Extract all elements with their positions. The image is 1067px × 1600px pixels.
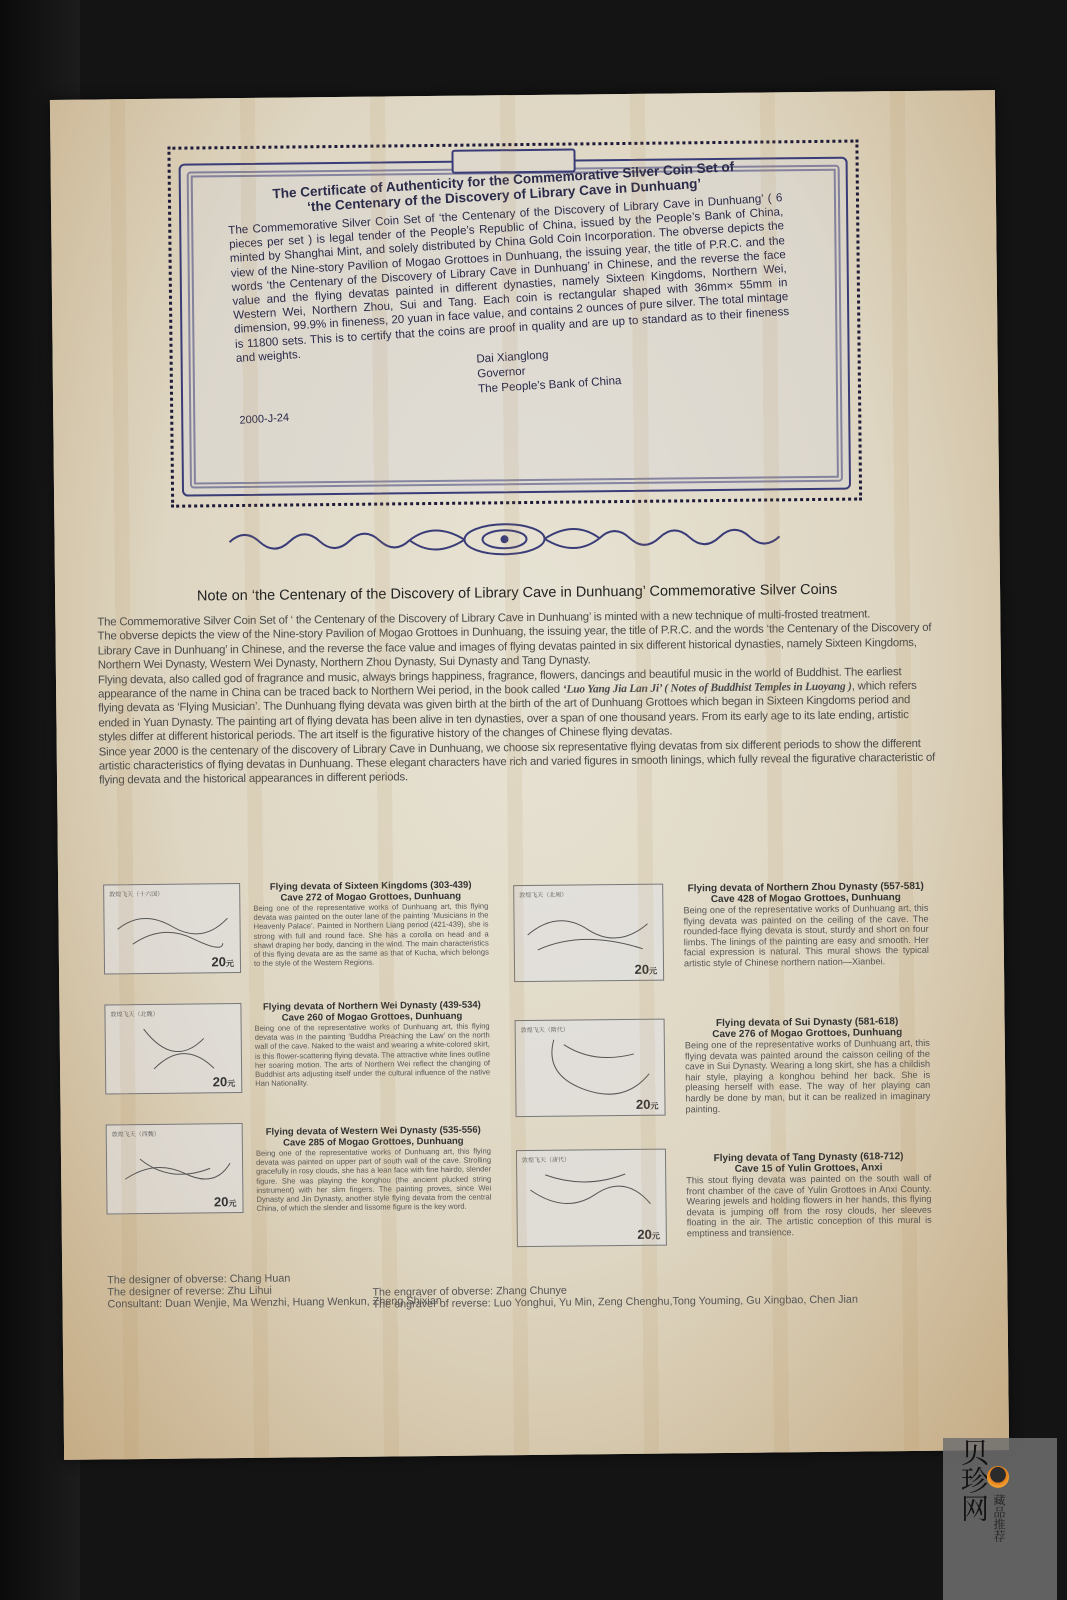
coin-caption-western-wei: Flying devata of Western Wei Dynasty (53… bbox=[256, 1125, 492, 1213]
note-paragraph-3: Flying devata, also called god of fragra… bbox=[98, 664, 939, 745]
coin-image-tang: 敦煌飞天（唐代） 20元 bbox=[516, 1149, 667, 1248]
coin-face-value: 20元 bbox=[214, 1194, 237, 1209]
coin-seal: 敦煌飞天（唐代） bbox=[522, 1155, 570, 1165]
flying-devata-icon bbox=[114, 1018, 235, 1079]
coin-seal: 敦煌飞天（隋代） bbox=[521, 1025, 569, 1035]
coin-caption-northern-zhou: Flying devata of Northern Zhou Dynasty (… bbox=[683, 881, 929, 969]
watermark-logo-icon bbox=[987, 1466, 1009, 1488]
coin-seal: 敦煌飞天（北周） bbox=[519, 890, 567, 900]
coin-description: Being one of the representative works of… bbox=[685, 1038, 931, 1115]
ornamental-divider-icon bbox=[224, 517, 784, 561]
coin-seal: 敦煌飞天（西魏） bbox=[112, 1129, 160, 1139]
coin-image-sui: 敦煌飞天（隋代） 20元 bbox=[515, 1019, 666, 1118]
watermark: 贝珍网 藏品推荐 bbox=[943, 1438, 1057, 1600]
flying-devata-icon bbox=[112, 898, 233, 959]
certificate-sheet: The Certificate of Authenticity for the … bbox=[50, 90, 1009, 1460]
book-title: ‘Luo Yang Jia Lan Ji’ ( Notes of Buddhis… bbox=[563, 681, 852, 696]
watermark-subtext: 藏品推荐 bbox=[991, 1494, 1007, 1542]
coin-image-northern-zhou: 敦煌飞天（北周） 20元 bbox=[513, 884, 664, 983]
coin-image-western-wei: 敦煌飞天（西魏） 20元 bbox=[106, 1123, 244, 1214]
coin-face-value: 20元 bbox=[213, 1074, 236, 1089]
coin-face-value: 20元 bbox=[634, 962, 657, 977]
flying-devata-icon bbox=[525, 1164, 656, 1230]
flying-devata-icon bbox=[522, 899, 653, 965]
coin-caption-tang: Flying devata of Tang Dynasty (618-712) … bbox=[686, 1151, 932, 1239]
coin-image-northern-wei: 敦煌飞天（北魏） 20元 bbox=[104, 1003, 242, 1094]
certificate-body: The Certificate of Authenticity for the … bbox=[226, 156, 794, 427]
coin-seal: 敦煌飞天（十六国） bbox=[109, 889, 163, 899]
note-paragraph-4: Since year 2000 is the centenary of the … bbox=[99, 736, 939, 788]
coin-description: Being one of the representative works of… bbox=[255, 1021, 491, 1088]
coin-caption-sui: Flying devata of Sui Dynasty (581-618) C… bbox=[685, 1016, 931, 1115]
certificate-frame: The Certificate of Authenticity for the … bbox=[167, 140, 862, 508]
coin-description: Being one of the representative works of… bbox=[253, 901, 489, 968]
coin-description: Being one of the representative works of… bbox=[683, 903, 929, 969]
coin-image-sixteen-kingdoms: 敦煌飞天（十六国） 20元 bbox=[103, 883, 241, 974]
credits-engravers: The engraver of obverse: Zhang Chunye Th… bbox=[372, 1282, 858, 1311]
coin-description: Being one of the representative works of… bbox=[256, 1146, 492, 1213]
flying-devata-icon bbox=[115, 1138, 236, 1199]
coin-face-value: 20元 bbox=[636, 1097, 659, 1112]
note-section: Note on ‘the Centenary of the Discovery … bbox=[97, 581, 939, 789]
coin-caption-sixteen-kingdoms: Flying devata of Sixteen Kingdoms (303-4… bbox=[253, 880, 489, 968]
coin-seal: 敦煌飞天（北魏） bbox=[110, 1009, 158, 1019]
note-title: Note on ‘the Centenary of the Discovery … bbox=[97, 581, 937, 606]
flying-devata-icon bbox=[524, 1034, 655, 1100]
coin-caption-northern-wei: Flying devata of Northern Wei Dynasty (4… bbox=[254, 1000, 490, 1088]
coin-face-value: 20元 bbox=[211, 954, 234, 969]
coin-face-value: 20元 bbox=[637, 1227, 660, 1242]
coin-description: This stout flying devata was painted on … bbox=[686, 1173, 932, 1239]
